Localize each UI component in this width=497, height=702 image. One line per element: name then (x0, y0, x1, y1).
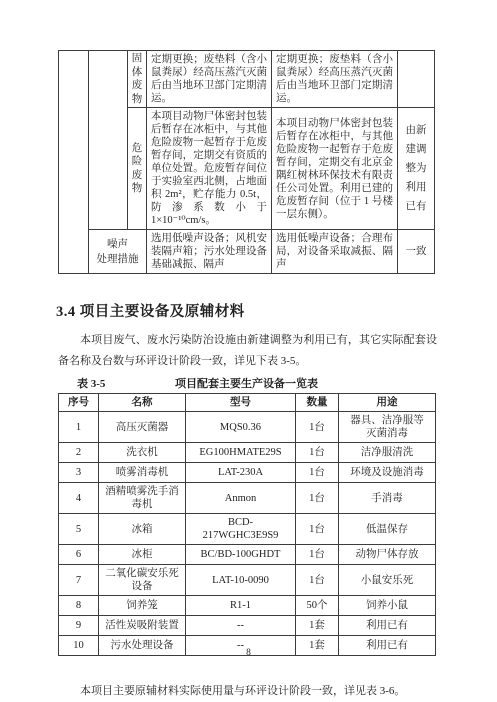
noise-actual-text: 选用低噪声设备；合理布局，对设备采取减振、隔声 (272, 230, 398, 274)
document-page: 固体废物 定期更换；废垫料（含小鼠粪尿）经高压蒸汽灭菌后由当地环卫部门定期清运。… (0, 0, 497, 702)
table-row: 7 二氧化碳安乐死设备 LAT-10-0090 1台 小鼠安乐死 (59, 565, 436, 596)
cell-model: BCD- 217WGHC3E9S9 (186, 514, 296, 545)
cell-index: 6 (59, 545, 99, 565)
page-number: 8 (0, 648, 497, 658)
cell-use: 器具、洁净服等 灭菌消毒 (339, 412, 436, 443)
hazardous-waste-actual-text: 本项目动物尸体密封包装后暂存在冰柜中，与其他危险废物一起暂存于危废暂存间，定期交… (272, 108, 398, 230)
cell-name: 冰柜 (99, 545, 186, 565)
cell-index: 7 (59, 565, 99, 596)
solid-waste-eia-text: 定期更换；废垫料（含小鼠粪尿）经高压蒸汽灭菌后由当地环卫部门定期清运。 (147, 51, 272, 108)
table-row-noise-measures: 噪声 处理措施 选用低噪声设备；风机安装隔声箱；污水处理设备基础减振、隔声 选用… (59, 230, 435, 274)
cell-index: 3 (59, 463, 99, 483)
cell-use: 低温保存 (339, 514, 436, 545)
table-row: 3 喷雾消毒机 LAT-230A 1台 环境及设施消毒 (59, 463, 436, 483)
cell-model: Anmon (186, 483, 296, 514)
table-row: 6 冰柜 BC/BD-100GHDT 1台 动物尸体存放 (59, 545, 436, 565)
cell-name: 洗衣机 (99, 443, 186, 463)
cell-quantity: 1台 (296, 545, 339, 565)
empty-group-cell (89, 51, 128, 230)
cell-quantity: 1台 (296, 483, 339, 514)
table-row: 2 洗衣机 EG100HMATE29S 1台 洁净服清洗 (59, 443, 436, 463)
col-header-model: 型号 (186, 394, 296, 412)
waste-measures-table: 固体废物 定期更换；废垫料（含小鼠粪尿）经高压蒸汽灭菌后由当地环卫部门定期清运。… (58, 50, 435, 274)
cell-index: 9 (59, 616, 99, 636)
table-caption-title: 项目配套主要生产设备一览表 (58, 375, 435, 391)
col-header-use: 用途 (339, 394, 436, 412)
cell-name: 冰箱 (99, 514, 186, 545)
cell-quantity: 1套 (296, 616, 339, 636)
equipment-table-header-row: 序号 名称 型号 数量 用途 (59, 394, 436, 412)
cell-index: 4 (59, 483, 99, 514)
cell-quantity: 1台 (296, 565, 339, 596)
table-row: 8 饲养笼 R1-1 50个 饲养小鼠 (59, 596, 436, 616)
cell-quantity: 1台 (296, 514, 339, 545)
noise-remark: 一致 (398, 230, 435, 274)
table-caption-label: 表 3-5 (77, 375, 105, 391)
cell-index: 5 (59, 514, 99, 545)
cell-use: 环境及设施消毒 (339, 463, 436, 483)
cell-use: 洁净服清洗 (339, 443, 436, 463)
intro-paragraph: 本项目废气、废水污染防治设施由新建调整为利用已有，其它实际配套设备名称及台数与环… (58, 330, 437, 372)
cell-index: 1 (59, 412, 99, 443)
hazardous-waste-eia-text: 本项目动物尸体密封包装后暂存在冰柜中，与其他危险废物一起暂存于危废暂存间，定期交… (147, 108, 272, 230)
noise-eia-text: 选用低噪声设备；风机安装隔声箱；污水处理设备基础减振、隔声 (147, 230, 272, 274)
cell-model: MQS0.36 (186, 412, 296, 443)
cell-use: 饲养小鼠 (339, 596, 436, 616)
cell-model: BC/BD-100GHDT (186, 545, 296, 565)
cell-use: 手消毒 (339, 483, 436, 514)
cell-name: 活性炭吸附装置 (99, 616, 186, 636)
table-row: 4 酒精喷雾洗手消毒机 Anmon 1台 手消毒 (59, 483, 436, 514)
section-heading: 3.4 项目主要设备及原辅材料 (56, 300, 497, 321)
cell-quantity: 1台 (296, 443, 339, 463)
table-row-solid-waste: 固体废物 定期更换；废垫料（含小鼠粪尿）经高压蒸汽灭菌后由当地环卫部门定期清运。… (59, 51, 435, 108)
hazardous-waste-remark: 由新建调整为利用已有 (398, 108, 435, 230)
empty-spanner-cell (59, 51, 89, 274)
cell-name: 饲养笼 (99, 596, 186, 616)
cell-name: 酒精喷雾洗手消毒机 (99, 483, 186, 514)
cell-quantity: 1台 (296, 463, 339, 483)
row-label-hazardous-waste: 危险废物 (128, 108, 147, 230)
solid-waste-actual-text: 定期更换；废垫料（含小鼠粪尿）经高压蒸汽灭菌后由当地环卫部门定期清运。 (272, 51, 398, 108)
cell-quantity: 1台 (296, 412, 339, 443)
cell-name: 高压灭菌器 (99, 412, 186, 443)
cell-model: R1-1 (186, 596, 296, 616)
col-header-name: 名称 (99, 394, 186, 412)
closing-paragraph: 本项目主要原辅材料实际使用量与环评设计阶段一致，详见表 3-6。 (58, 681, 437, 702)
solid-waste-remark (398, 51, 435, 108)
table-row: 5 冰箱 BCD- 217WGHC3E9S9 1台 低温保存 (59, 514, 436, 545)
cell-use: 动物尸体存放 (339, 545, 436, 565)
col-header-index: 序号 (59, 394, 99, 412)
cell-use: 小鼠安乐死 (339, 565, 436, 596)
table-row: 9 活性炭吸附装置 -- 1套 利用已有 (59, 616, 436, 636)
cell-quantity: 50个 (296, 596, 339, 616)
cell-use: 利用已有 (339, 616, 436, 636)
cell-index: 8 (59, 596, 99, 616)
equipment-table: 序号 名称 型号 数量 用途 1 高压灭菌器 MQS0.36 1台 器具、洁净服… (58, 393, 436, 656)
cell-index: 2 (59, 443, 99, 463)
table-row: 1 高压灭菌器 MQS0.36 1台 器具、洁净服等 灭菌消毒 (59, 412, 436, 443)
cell-name: 喷雾消毒机 (99, 463, 186, 483)
cell-model: LAT-10-0090 (186, 565, 296, 596)
col-header-quantity: 数量 (296, 394, 339, 412)
table-3-5-caption: 表 3-5 项目配套主要生产设备一览表 (58, 375, 435, 391)
cell-model: -- (186, 616, 296, 636)
cell-name: 二氧化碳安乐死设备 (99, 565, 186, 596)
row-label-solid-waste: 固体废物 (128, 51, 147, 108)
cell-model: EG100HMATE29S (186, 443, 296, 463)
row-label-noise-measures: 噪声 处理措施 (89, 230, 147, 274)
cell-model: LAT-230A (186, 463, 296, 483)
